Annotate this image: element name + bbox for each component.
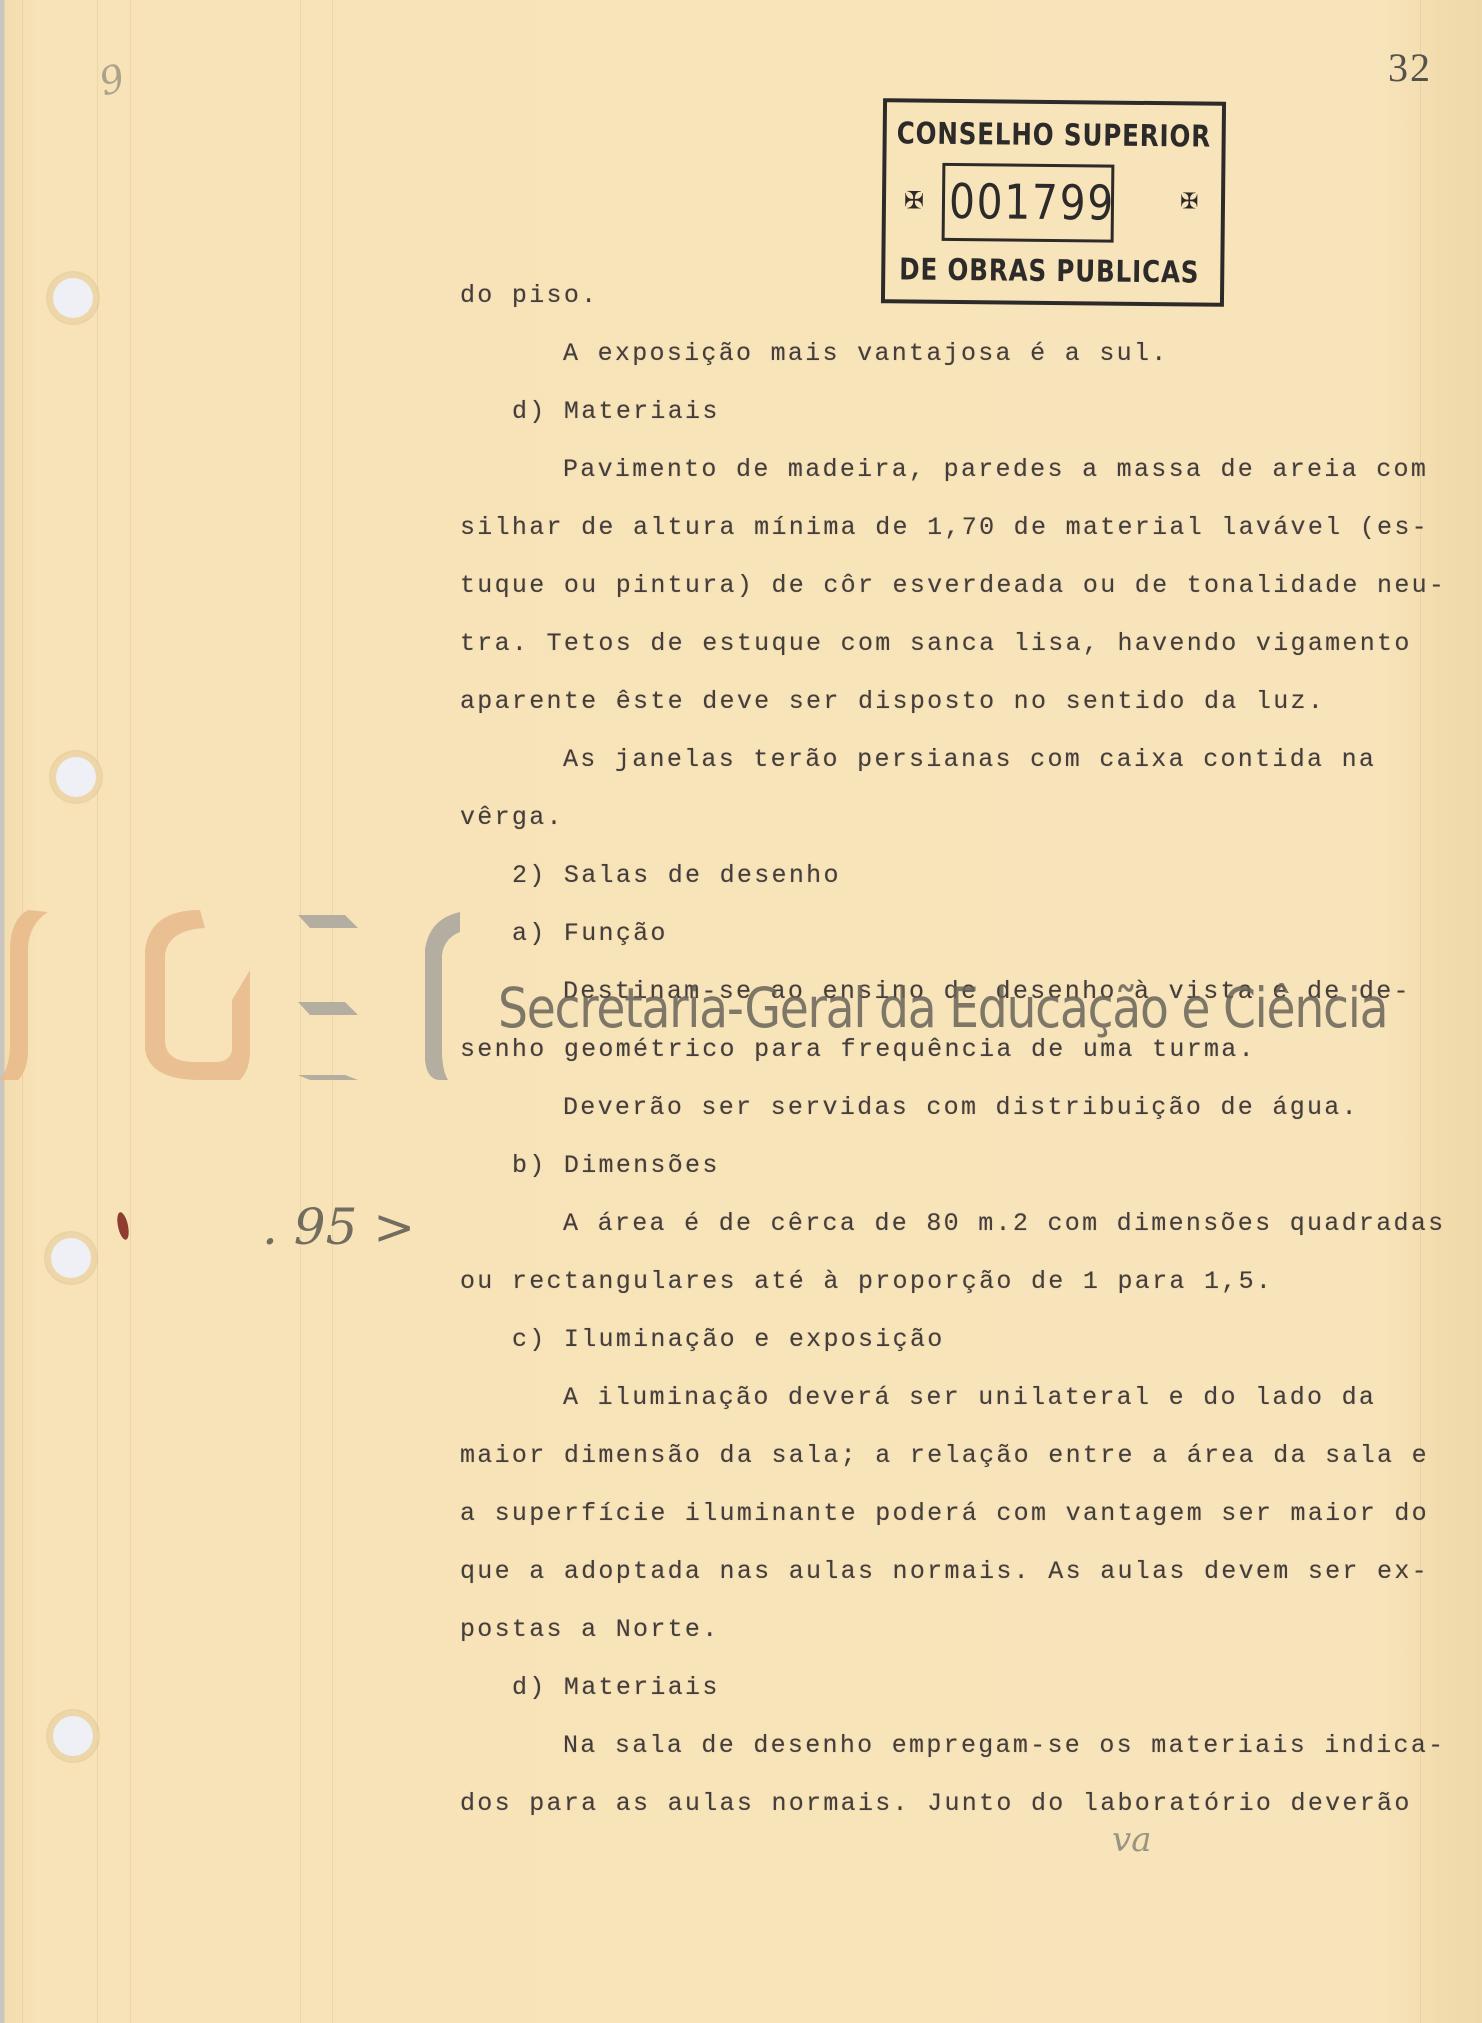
- text-line: A iluminação deverá ser unilateral e do …: [563, 1383, 1376, 1412]
- text-line: maior dimensão da sala; a relação entre …: [460, 1441, 1429, 1470]
- stamp-number-box: 001799: [942, 163, 1115, 243]
- text-line: As janelas terão persianas com caixa con…: [563, 745, 1376, 774]
- paper-crease: [1420, 0, 1421, 2023]
- punch-hole: [56, 757, 96, 797]
- text-line: Na sala de desenho empregam-se os materi…: [563, 1731, 1445, 1760]
- handwritten-margin-note: . 95 >: [262, 1198, 415, 1256]
- text-line: 2) Salas de desenho: [512, 861, 841, 890]
- text-line: tuque ou pintura) de côr esverdeada ou d…: [460, 571, 1446, 600]
- text-line: A exposição mais vantajosa é a sul.: [563, 339, 1169, 368]
- text-line: postas a Norte.: [460, 1615, 720, 1644]
- text-line: ou rectangulares até à proporção de 1 pa…: [460, 1267, 1273, 1296]
- text-line: do piso.: [460, 281, 598, 310]
- text-line: aparente êste deve ser disposto no senti…: [460, 687, 1325, 716]
- punch-hole: [53, 278, 93, 318]
- text-line: silhar de altura mínima de 1,70 de mater…: [460, 513, 1429, 542]
- cross-icon: ✠: [1180, 189, 1199, 214]
- registry-stamp: CONSELHO SUPERIOR ✠ 001799 ✠ DE OBRAS PU…: [881, 98, 1226, 307]
- text-line: c) Iluminação e exposição: [512, 1325, 945, 1354]
- text-line: b) Dimensões: [512, 1151, 720, 1180]
- punch-hole: [53, 1716, 93, 1756]
- text-line: A área é de cêrca de 80 m.2 com dimensõe…: [563, 1209, 1445, 1238]
- cross-icon: ✠: [904, 186, 924, 214]
- handwritten-initials: va: [1112, 1820, 1151, 1860]
- text-line: a superfície iluminante poderá com vanta…: [460, 1499, 1429, 1528]
- handwritten-top-left-mark: 9: [95, 56, 130, 105]
- text-line: que a adoptada nas aulas normais. As aul…: [460, 1557, 1429, 1586]
- sgec-watermark-logo: [0, 910, 460, 1080]
- stamp-bottom-line: DE OBRAS PUBLICAS: [899, 252, 1199, 290]
- text-line: dos para as aulas normais. Junto do labo…: [460, 1789, 1412, 1818]
- text-line: d) Materiais: [512, 397, 720, 426]
- page-number: 32: [1388, 44, 1432, 91]
- stamp-top-line: CONSELHO SUPERIOR: [897, 116, 1212, 154]
- text-line: a) Função: [512, 919, 668, 948]
- text-line: vêrga.: [460, 803, 564, 832]
- stamp-number: 001799: [949, 174, 1116, 232]
- red-ink-spot: [115, 1211, 131, 1240]
- text-line: Pavimento de madeira, paredes a massa de…: [563, 455, 1428, 484]
- text-line: d) Materiais: [512, 1673, 720, 1702]
- punch-hole: [51, 1238, 91, 1278]
- text-line: tra. Tetos de estuque com sanca lisa, ha…: [460, 629, 1412, 658]
- text-line: Deverão ser servidas com distribuição de…: [563, 1093, 1359, 1122]
- watermark-text: Secretaria-Geral da Educação e Ciência: [498, 976, 1387, 1040]
